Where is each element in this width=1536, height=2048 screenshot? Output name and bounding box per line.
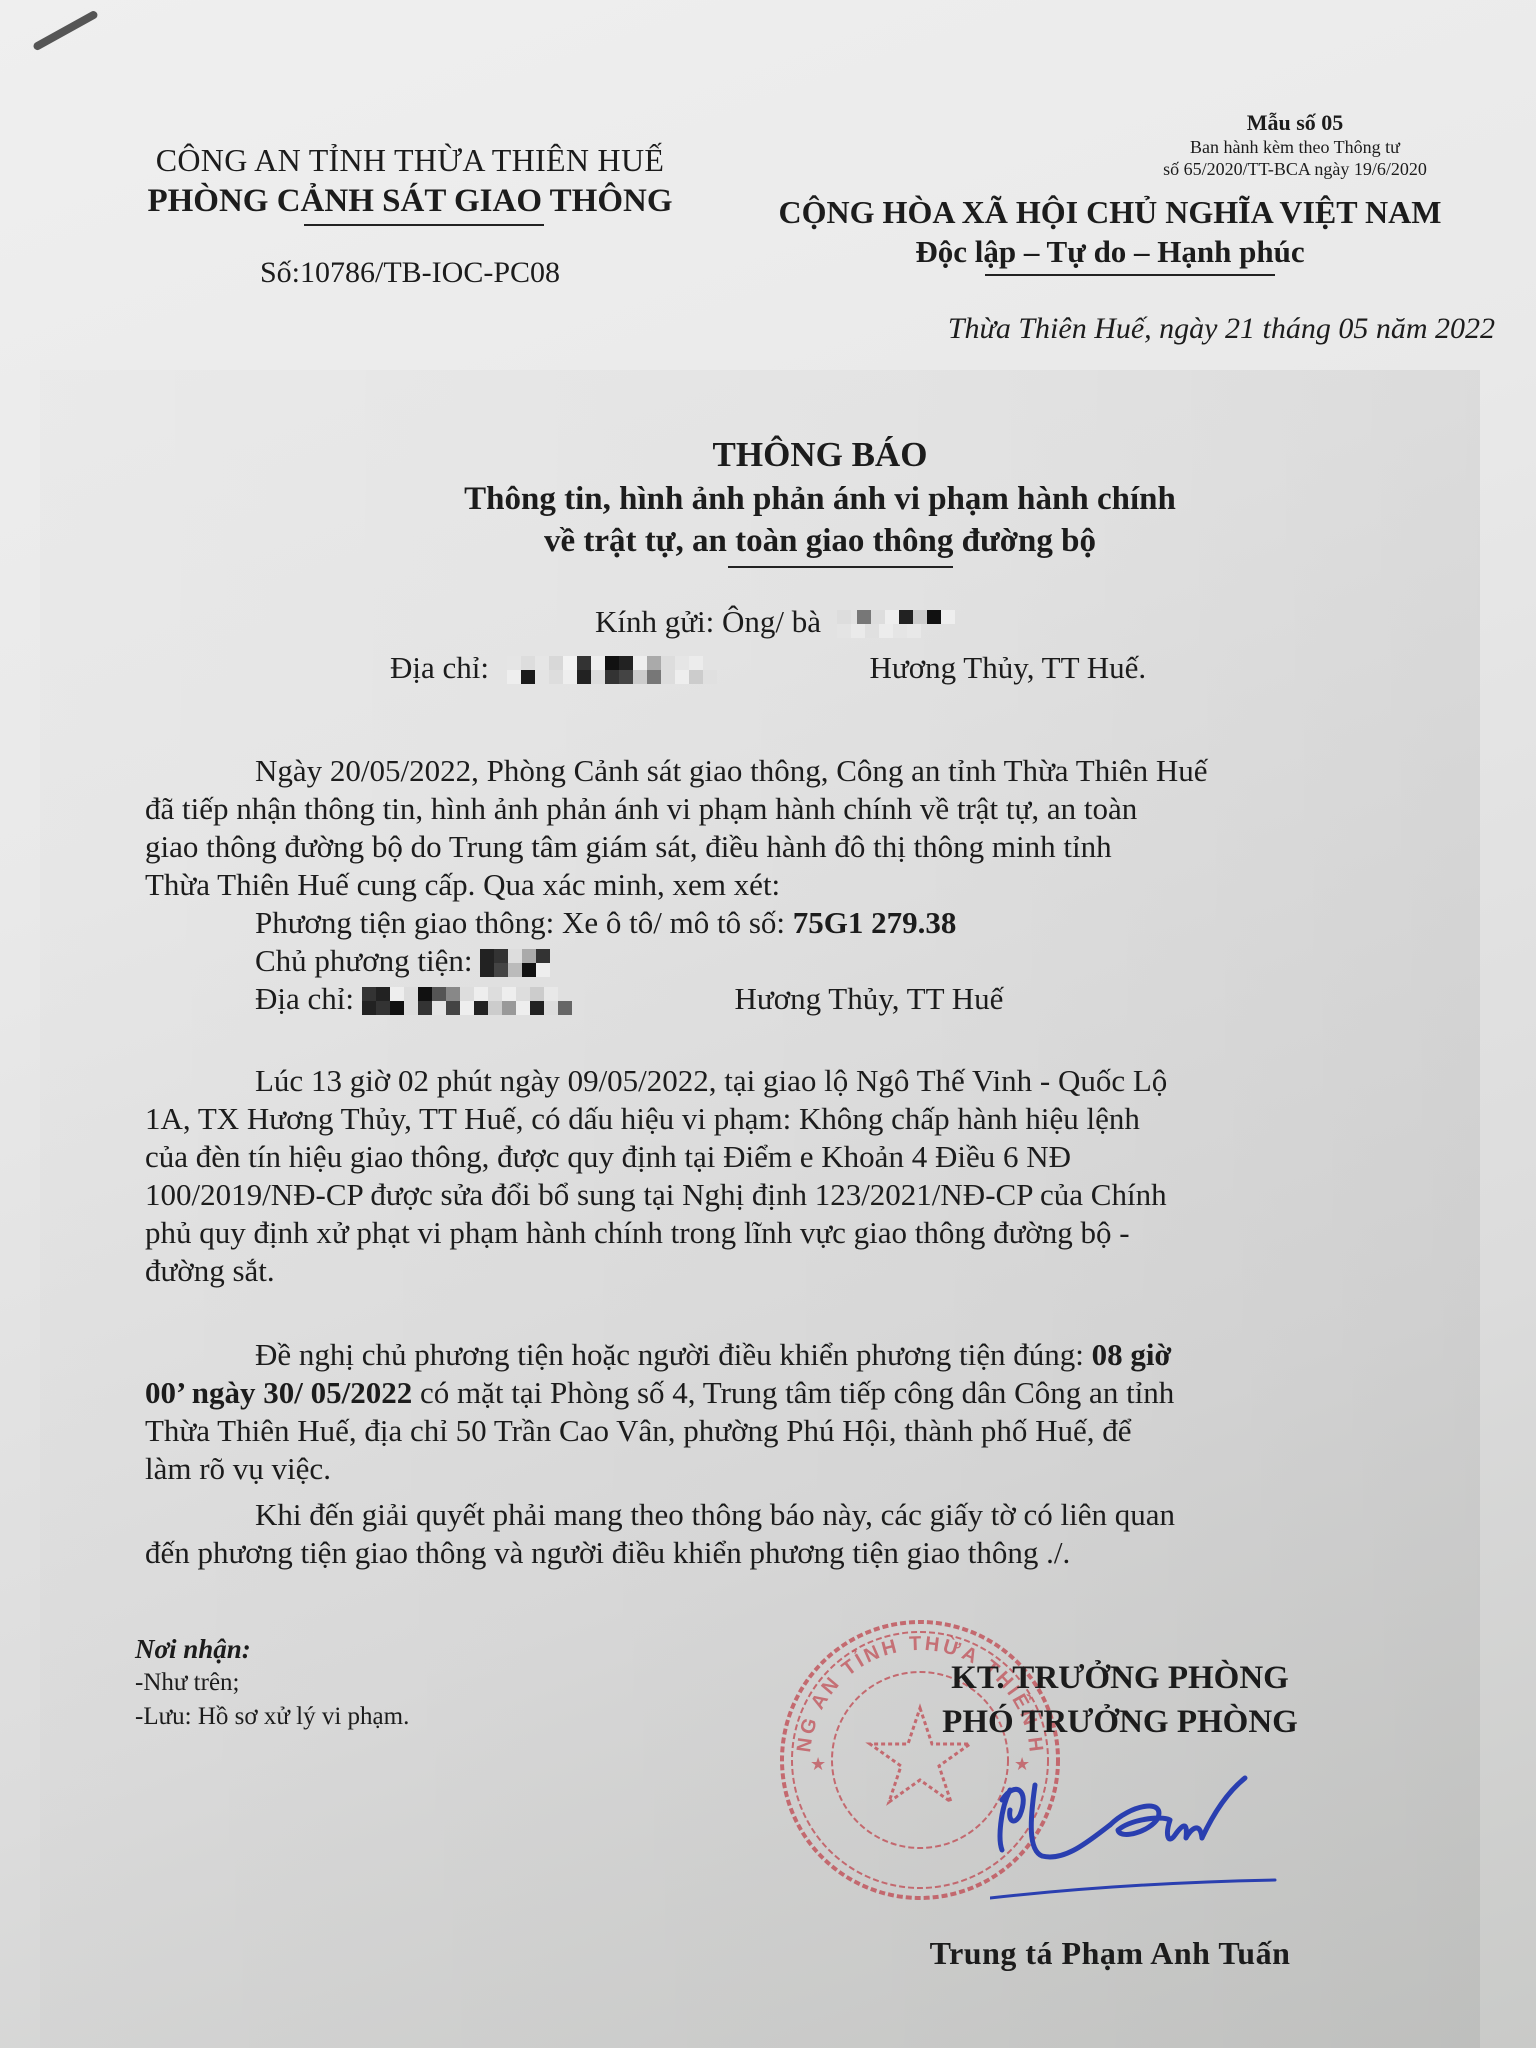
document-subtitle-line2: về trật tự, an toàn giao thông đường bộ xyxy=(300,520,1340,562)
distribution-label: Nơi nhận: xyxy=(135,1632,409,1666)
paragraph-summons: Đề nghị chủ phương tiện hoặc người điều … xyxy=(145,1336,1480,1488)
address-visible: Hương Thủy, TT Huế. xyxy=(870,650,1147,685)
summons-text: Đề nghị chủ phương tiện hoặc người điều … xyxy=(255,1337,1084,1372)
p2-line: 100/2019/NĐ-CP được sửa đổi bổ sung tại … xyxy=(145,1176,1480,1214)
plate-number: 75G1 279.38 xyxy=(793,905,957,940)
p3-line: 00’ ngày 30/ 05/2022 có mặt tại Phòng số… xyxy=(145,1374,1480,1412)
document-subtitle-line1: Thông tin, hình ảnh phản ánh vi phạm hàn… xyxy=(300,478,1340,520)
agency-name: CÔNG AN TỈNH THỪA THIÊN HUẾ xyxy=(100,140,720,180)
p3-line: Đề nghị chủ phương tiện hoặc người điều … xyxy=(145,1336,1480,1374)
distribution-item: -Như trên; xyxy=(135,1666,409,1700)
signer-name: Trung tá Phạm Anh Tuấn xyxy=(880,1935,1340,1972)
signature-icon xyxy=(990,1770,1280,1900)
signature-title-block: KT. TRƯỞNG PHÒNG PHÓ TRƯỞNG PHÒNG xyxy=(880,1656,1360,1744)
pen-mark xyxy=(32,10,99,52)
national-header: CỘNG HÒA XÃ HỘI CHỦ NGHĨA VIỆT NAM Độc l… xyxy=(735,192,1485,276)
p2-line: 1A, TX Hương Thủy, TT Huế, có dấu hiệu v… xyxy=(145,1100,1480,1138)
owner-address-label: Địa chỉ: xyxy=(255,981,354,1016)
motto-underline xyxy=(985,274,1275,276)
p1-line: Thừa Thiên Huế cung cấp. Qua xác minh, x… xyxy=(145,866,1480,904)
paragraph-violation: Lúc 13 giờ 02 phút ngày 09/05/2022, tại … xyxy=(145,1062,1480,1290)
p3-line: Thừa Thiên Huế, địa chỉ 50 Trần Cao Vân,… xyxy=(145,1412,1480,1450)
vehicle-label: Phương tiện giao thông: Xe ô tô/ mô tô s… xyxy=(255,905,785,940)
owner-address-visible: Hương Thủy, TT Huế xyxy=(735,981,1004,1016)
summons-location: có mặt tại Phòng số 4, Trung tâm tiếp cô… xyxy=(420,1375,1174,1410)
form-label: Mẫu số 05 xyxy=(1105,110,1485,136)
owner-line: Chủ phương tiện: xyxy=(255,942,1003,980)
distribution-item: -Lưu: Hồ sơ xử lý vi phạm. xyxy=(135,1700,409,1734)
issuing-agency-block: CÔNG AN TỈNH THỪA THIÊN HUẾ PHÒNG CẢNH S… xyxy=(100,140,720,290)
owner-label: Chủ phương tiện: xyxy=(255,943,472,978)
issued-with: Ban hành kèm theo Thông tư xyxy=(1105,136,1485,158)
p3-line: làm rõ vụ việc. xyxy=(145,1450,1480,1488)
vehicle-details: Phương tiện giao thông: Xe ô tô/ mô tô s… xyxy=(255,904,1003,1018)
title-underline xyxy=(728,566,953,568)
address-label: Địa chỉ: xyxy=(390,650,489,685)
recipient-address-line: Địa chỉ: Hương Thủy, TT Huế. xyxy=(390,650,1146,686)
distribution-list: Nơi nhận: -Như trên; -Lưu: Hồ sơ xử lý v… xyxy=(135,1632,409,1734)
owner-address-line: Địa chỉ: Hương Thủy, TT Huế xyxy=(255,980,1003,1018)
p1-line: Ngày 20/05/2022, Phòng Cảnh sát giao thô… xyxy=(145,752,1480,790)
redacted-owner xyxy=(480,949,590,979)
signature-title-line1: KT. TRƯỞNG PHÒNG xyxy=(880,1656,1360,1700)
svg-text:★: ★ xyxy=(810,1754,826,1774)
document-title-block: THÔNG BÁO Thông tin, hình ảnh phản ánh v… xyxy=(300,432,1340,568)
circular-reference: số 65/2020/TT-BCA ngày 19/6/2020 xyxy=(1105,158,1485,180)
appointment-time: 08 giờ xyxy=(1092,1337,1172,1372)
national-motto: Độc lập – Tự do – Hạnh phúc xyxy=(735,232,1485,272)
redacted-owner-address xyxy=(362,987,727,1017)
redacted-address xyxy=(507,656,862,686)
vehicle-line: Phương tiện giao thông: Xe ô tô/ mô tô s… xyxy=(255,904,1003,942)
department-name: PHÒNG CẢNH SÁT GIAO THÔNG xyxy=(100,180,720,222)
p2-line: phủ quy định xử phạt vi phạm hành chính … xyxy=(145,1214,1480,1252)
p1-line: giao thông đường bộ do Trung tâm giám sá… xyxy=(145,828,1480,866)
p4-line: đến phương tiện giao thông và người điều… xyxy=(145,1534,1480,1572)
p4-line: Khi đến giải quyết phải mang theo thông … xyxy=(145,1496,1480,1534)
p2-line: đường sắt. xyxy=(145,1252,1480,1290)
recipient-label: Kính gửi: Ông/ bà xyxy=(595,604,821,639)
place-date: Thừa Thiên Huế, ngày 21 tháng 05 năm 202… xyxy=(735,312,1495,346)
nation-name: CỘNG HÒA XÃ HỘI CHỦ NGHĨA VIỆT NAM xyxy=(735,192,1485,232)
signature-title-line2: PHÓ TRƯỞNG PHÒNG xyxy=(880,1700,1360,1744)
p2-line: của đèn tín hiệu giao thông, được quy đị… xyxy=(145,1138,1480,1176)
recipient-line: Kính gửi: Ông/ bà xyxy=(595,604,1027,640)
appointment-date: 00’ ngày 30/ 05/2022 xyxy=(145,1375,412,1410)
document-title: THÔNG BÁO xyxy=(300,432,1340,478)
department-underline xyxy=(304,224,544,226)
p2-line: Lúc 13 giờ 02 phút ngày 09/05/2022, tại … xyxy=(145,1062,1480,1100)
document-number: Số:10786/TB-IOC-PC08 xyxy=(100,256,720,290)
paragraph-receipt: Ngày 20/05/2022, Phòng Cảnh sát giao thô… xyxy=(145,752,1480,904)
p1-line: đã tiếp nhận thông tin, hình ảnh phản án… xyxy=(145,790,1480,828)
redacted-name xyxy=(837,610,1027,640)
form-info-block: Mẫu số 05 Ban hành kèm theo Thông tư số … xyxy=(1105,110,1485,180)
paragraph-documents-required: Khi đến giải quyết phải mang theo thông … xyxy=(145,1496,1480,1572)
